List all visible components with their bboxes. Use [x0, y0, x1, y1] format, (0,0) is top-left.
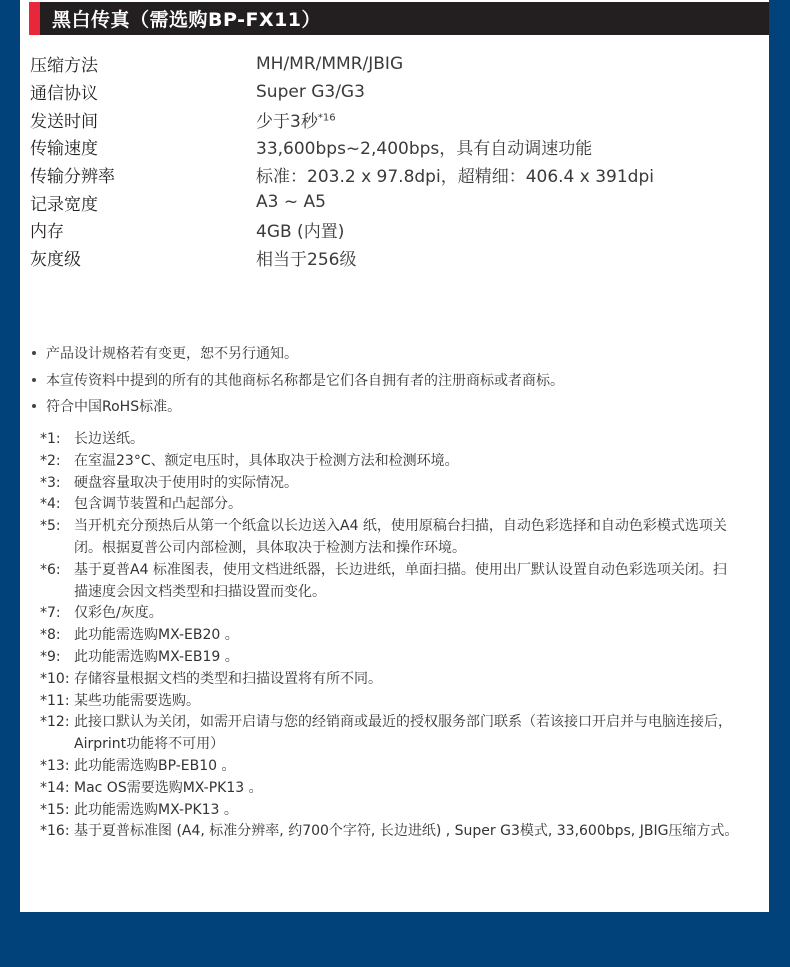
bullet-icon: [32, 351, 36, 355]
spec-row-record-width: 记录宽度 A3 ~ A5: [30, 188, 750, 216]
spec-value: 4GB (内置): [256, 217, 344, 242]
spec-value: 33,600bps~2,400bps，具有自动调速功能: [256, 134, 592, 159]
footnote-mark: *11:: [40, 691, 74, 713]
spec-row-speed: 传输速度 33,600bps~2,400bps，具有自动调速功能: [30, 133, 750, 161]
footnote-item: *6:基于夏普A4 标准图表，使用文档进纸器，长边进纸，单面扫描。使用出厂默认设…: [40, 560, 740, 604]
footnote-item: *7:仅彩色/灰度。: [40, 603, 740, 625]
note-item: 产品设计规格若有变更，恕不另行通知。: [28, 340, 748, 367]
spec-value: 相当于256级: [256, 245, 356, 270]
spec-label: 通信协议: [30, 79, 256, 104]
bullet-icon: [32, 404, 36, 408]
spec-label: 压缩方法: [30, 51, 256, 76]
footnote-item: *3:硬盘容量取决于使用时的实际情况。: [40, 473, 740, 495]
spec-value: MH/MR/MMR/JBIG: [256, 54, 403, 74]
spec-label: 灰度级: [30, 245, 256, 270]
footnote-text: 此功能需选购BP-EB10 。: [74, 756, 740, 778]
footnote-text: 此接口默认为关闭，如需开启请与您的经销商或最近的授权服务部门联系（若该接口开启并…: [74, 712, 740, 756]
footnote-text: 存储容量根据文档的类型和扫描设置将有所不同。: [74, 669, 740, 691]
footnote-item: *5:当开机充分预热后从第一个纸盒以长边送入A4 纸，使用原稿台扫描，自动色彩选…: [40, 516, 740, 560]
spec-value: 少于3秒: [256, 112, 318, 132]
note-item: 本宣传资料中提到的所有的其他商标名称都是它们各自拥有者的注册商标或者商标。: [28, 367, 748, 394]
footnote-mark: *15:: [40, 800, 74, 822]
content-panel: 黑白传真（需选购BP-FX11） 压缩方法 MH/MR/MMR/JBIG 通信协…: [20, 0, 769, 912]
section-title: 黑白传真（需选购BP-FX11）: [52, 5, 321, 32]
footnote-text: 当开机充分预热后从第一个纸盒以长边送入A4 纸，使用原稿台扫描，自动色彩选择和自…: [74, 516, 740, 560]
spec-label: 记录宽度: [30, 190, 256, 215]
footnote-mark: *13:: [40, 756, 74, 778]
spec-value: Super G3/G3: [256, 82, 365, 102]
footnote-mark: *6:: [40, 560, 74, 604]
footnote-mark: *7:: [40, 603, 74, 625]
section-header: 黑白传真（需选购BP-FX11）: [29, 2, 769, 35]
spec-table: 压缩方法 MH/MR/MMR/JBIG 通信协议 Super G3/G3 发送时…: [30, 50, 750, 272]
spec-row-protocol: 通信协议 Super G3/G3: [30, 78, 750, 106]
footnote-mark: *4:: [40, 494, 74, 516]
footnote-text: 基于夏普标准图 (A4, 标准分辨率, 约700个字符, 长边进纸) , Sup…: [74, 821, 740, 843]
footnote-item: *13:此功能需选购BP-EB10 。: [40, 756, 740, 778]
footnote-mark: *3:: [40, 473, 74, 495]
spec-row-resolution: 传输分辨率 标准：203.2 x 97.8dpi，超精细：406.4 x 391…: [30, 161, 750, 189]
footnote-item: *12:此接口默认为关闭，如需开启请与您的经销商或最近的授权服务部门联系（若该接…: [40, 712, 740, 756]
notes-list: 产品设计规格若有变更，恕不另行通知。 本宣传资料中提到的所有的其他商标名称都是它…: [28, 340, 748, 420]
footnote-ref: *16: [318, 112, 336, 123]
spec-label: 传输速度: [30, 134, 256, 159]
bullet-icon: [32, 378, 36, 382]
spec-label: 发送时间: [30, 107, 256, 132]
footnote-mark: *10:: [40, 669, 74, 691]
footnote-text: 在室温23°C、额定电压时，具体取决于检测方法和检测环境。: [74, 451, 740, 473]
footnote-mark: *1:: [40, 429, 74, 451]
footnote-item: *14:Mac OS需要选购MX-PK13 。: [40, 778, 740, 800]
footnote-mark: *9:: [40, 647, 74, 669]
footnote-item: *15:此功能需选购MX-PK13 。: [40, 800, 740, 822]
footnote-mark: *16:: [40, 821, 74, 843]
footnote-text: 此功能需选购MX-EB20 。: [74, 625, 740, 647]
spec-value-wrapper: 少于3秒*16: [256, 107, 336, 132]
footnote-text: 此功能需选购MX-PK13 。: [74, 800, 740, 822]
note-text: 符合中国RoHS标准。: [46, 396, 181, 416]
note-item: 符合中国RoHS标准。: [28, 393, 748, 420]
footnote-text: 仅彩色/灰度。: [74, 603, 740, 625]
footnote-mark: *8:: [40, 625, 74, 647]
footnote-text: 某些功能需要选购。: [74, 691, 740, 713]
footnote-item: *9:此功能需选购MX-EB19 。: [40, 647, 740, 669]
spec-row-send-time: 发送时间 少于3秒*16: [30, 105, 750, 133]
spec-value: A3 ~ A5: [256, 192, 326, 212]
footnote-text: Mac OS需要选购MX-PK13 。: [74, 778, 740, 800]
footnote-item: *4:包含调节装置和凸起部分。: [40, 494, 740, 516]
footnotes-list: *1:长边送纸。 *2:在室温23°C、额定电压时，具体取决于检测方法和检测环境…: [40, 429, 740, 843]
spec-row-grayscale: 灰度级 相当于256级: [30, 244, 750, 272]
footnote-mark: *5:: [40, 516, 74, 560]
note-text: 本宣传资料中提到的所有的其他商标名称都是它们各自拥有者的注册商标或者商标。: [46, 370, 564, 390]
spec-row-memory: 内存 4GB (内置): [30, 216, 750, 244]
footnote-mark: *14:: [40, 778, 74, 800]
footnote-item: *1:长边送纸。: [40, 429, 740, 451]
footnote-text: 基于夏普A4 标准图表，使用文档进纸器，长边进纸，单面扫描。使用出厂默认设置自动…: [74, 560, 740, 604]
footnote-mark: *12:: [40, 712, 74, 756]
spec-row-compression: 压缩方法 MH/MR/MMR/JBIG: [30, 50, 750, 78]
footnote-item: *16:基于夏普标准图 (A4, 标准分辨率, 约700个字符, 长边进纸) ,…: [40, 821, 740, 843]
footnote-item: *8:此功能需选购MX-EB20 。: [40, 625, 740, 647]
footnote-text: 此功能需选购MX-EB19 。: [74, 647, 740, 669]
footnote-text: 包含调节装置和凸起部分。: [74, 494, 740, 516]
header-accent-bar: [29, 2, 40, 35]
footnote-item: *10:存储容量根据文档的类型和扫描设置将有所不同。: [40, 669, 740, 691]
footnote-mark: *2:: [40, 451, 74, 473]
footnote-item: *11:某些功能需要选购。: [40, 691, 740, 713]
note-text: 产品设计规格若有变更，恕不另行通知。: [46, 343, 298, 363]
footnote-item: *2:在室温23°C、额定电压时，具体取决于检测方法和检测环境。: [40, 451, 740, 473]
spec-label: 传输分辨率: [30, 162, 256, 187]
spec-value: 标准：203.2 x 97.8dpi，超精细：406.4 x 391dpi: [256, 162, 654, 187]
spec-label: 内存: [30, 217, 256, 242]
footnote-text: 硬盘容量取决于使用时的实际情况。: [74, 473, 740, 495]
footnote-text: 长边送纸。: [74, 429, 740, 451]
